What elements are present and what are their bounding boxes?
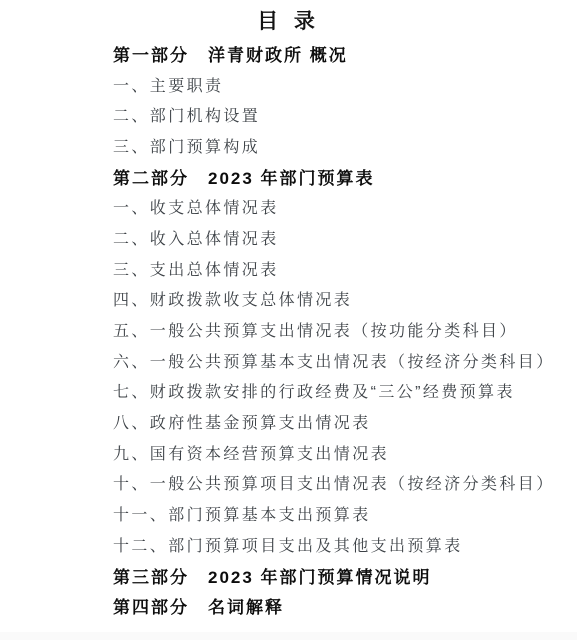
table-of-contents: 第一部分 洋青财政所 概况 一、主要职责 二、部门机构设置 三、部门预算构成 第…	[113, 38, 577, 621]
toc-item: 七、财政拨款安排的行政经费及“三公”经费预算表	[113, 376, 577, 407]
toc-item: 九、国有资本经营预算支出情况表	[113, 437, 577, 468]
page-title: 目 录	[0, 5, 577, 35]
toc-item: 三、部门预算构成	[113, 130, 577, 161]
toc-item: 三、支出总体情况表	[113, 253, 577, 284]
toc-item: 六、一般公共预算基本支出情况表（按经济分类科目）	[113, 345, 577, 376]
toc-item: 二、部门机构设置	[113, 99, 577, 130]
toc-heading-part2: 第二部分 2023 年部门预算表	[113, 161, 577, 192]
toc-heading-part1: 第一部分 洋青财政所 概况	[113, 38, 577, 69]
toc-item: 十二、部门预算项目支出及其他支出预算表	[113, 529, 577, 560]
toc-item: 十一、部门预算基本支出预算表	[113, 498, 577, 529]
toc-item: 四、财政拨款收支总体情况表	[113, 284, 577, 315]
toc-item: 一、收支总体情况表	[113, 191, 577, 222]
toc-item: 二、收入总体情况表	[113, 222, 577, 253]
toc-heading-part3: 第三部分 2023 年部门预算情况说明	[113, 560, 577, 591]
toc-item: 五、一般公共预算支出情况表（按功能分类科目）	[113, 314, 577, 345]
toc-item: 十、一般公共预算项目支出情况表（按经济分类科目）	[113, 468, 577, 499]
toc-item: 一、主要职责	[113, 69, 577, 100]
page-bottom-edge	[0, 632, 577, 640]
toc-heading-part4: 第四部分 名词解释	[113, 590, 577, 621]
toc-item: 八、政府性基金预算支出情况表	[113, 406, 577, 437]
